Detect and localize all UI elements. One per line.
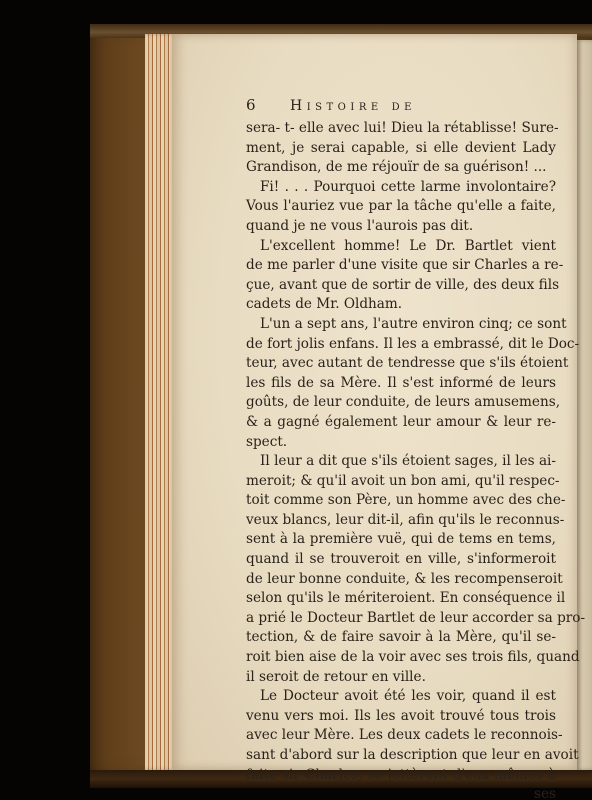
text-line: faite sir Charles, se jettèrent d'eux-mê… — [246, 766, 556, 786]
text-line: de fort jolis enfans. Il les a embrassé,… — [246, 335, 556, 355]
text-line: Fi! . . . Pourquoi cette larme involonta… — [246, 178, 556, 198]
text-line: quand il se trouveroit en ville, s'infor… — [246, 550, 556, 570]
text-line: tection, & de faire savoir à la Mère, qu… — [246, 628, 556, 648]
text-line: spect. — [246, 433, 556, 453]
book-photograph: 6 Histoire de sera- t- elle avec lui! Di… — [0, 0, 592, 800]
catchword: ses — [246, 785, 556, 800]
running-head: 6 Histoire de — [246, 96, 556, 118]
text-line: Le Docteur avoit été les voir, quand il … — [246, 687, 556, 707]
text-line: L'excellent homme! Le Dr. Bartlet vient — [246, 237, 556, 257]
text-line: Vous l'auriez vue par la tâche qu'elle a… — [246, 197, 556, 217]
text-line: goûts, de leur conduite, de leurs amusem… — [246, 393, 556, 413]
text-line: roit bien aise de la voir avec ses trois… — [246, 648, 556, 668]
text-line: sant d'abord sur la description que leur… — [246, 746, 556, 766]
text-line: ment, je serai capable, si elle devient … — [246, 139, 556, 159]
text-line: de leur bonne conduite, & les recompense… — [246, 570, 556, 590]
text-line: de me parler d'une visite que sir Charle… — [246, 256, 556, 276]
text-line: venu vers moi. Ils les avoit trouvé tous… — [246, 707, 556, 727]
text-line: teur, avec autant de tendresse que s'ils… — [246, 354, 556, 374]
text-line: les fils de sa Mère. Il s'est informé de… — [246, 374, 556, 394]
body-text: sera- t- elle avec lui! Dieu la rétablis… — [246, 119, 556, 785]
text-line: quand je ne vous l'aurois pas dit. — [246, 217, 556, 237]
text-line: avec leur Mère. Les deux cadets le recon… — [246, 726, 556, 746]
text-line: Grandison, de me réjouïr de sa guérison!… — [246, 158, 556, 178]
page-number: 6 — [246, 96, 266, 116]
text-line: cadets de Mr. Oldham. — [246, 295, 556, 315]
text-line: sent à la première vuë, qui de tems en t… — [246, 530, 556, 550]
text-line: çue, avant que de sortir de ville, des d… — [246, 276, 556, 296]
text-line: & a gagné également leur amour & leur re… — [246, 413, 556, 433]
text-line: sera- t- elle avec lui! Dieu la rétablis… — [246, 119, 556, 139]
text-line: Il leur a dit que s'ils étoient sages, i… — [246, 452, 556, 472]
page-text-block: 6 Histoire de sera- t- elle avec lui! Di… — [246, 96, 556, 800]
text-line: meroit; & qu'il avoit un bon ami, qu'il … — [246, 472, 556, 492]
page-stack-edges — [145, 34, 175, 770]
text-line: a prié le Docteur Bartlet de leur accord… — [246, 609, 556, 629]
text-line: selon qu'ils le mériteroient. En conséqu… — [246, 589, 556, 609]
text-line: toit comme son Père, un homme avec des c… — [246, 491, 556, 511]
text-line: il seroit de retour en ville. — [246, 668, 556, 688]
text-line: veux blancs, leur dit-il, afin qu'ils le… — [246, 511, 556, 531]
running-head-title: Histoire de — [290, 97, 416, 117]
text-line: L'un a sept ans, l'autre environ cinq; c… — [246, 315, 556, 335]
